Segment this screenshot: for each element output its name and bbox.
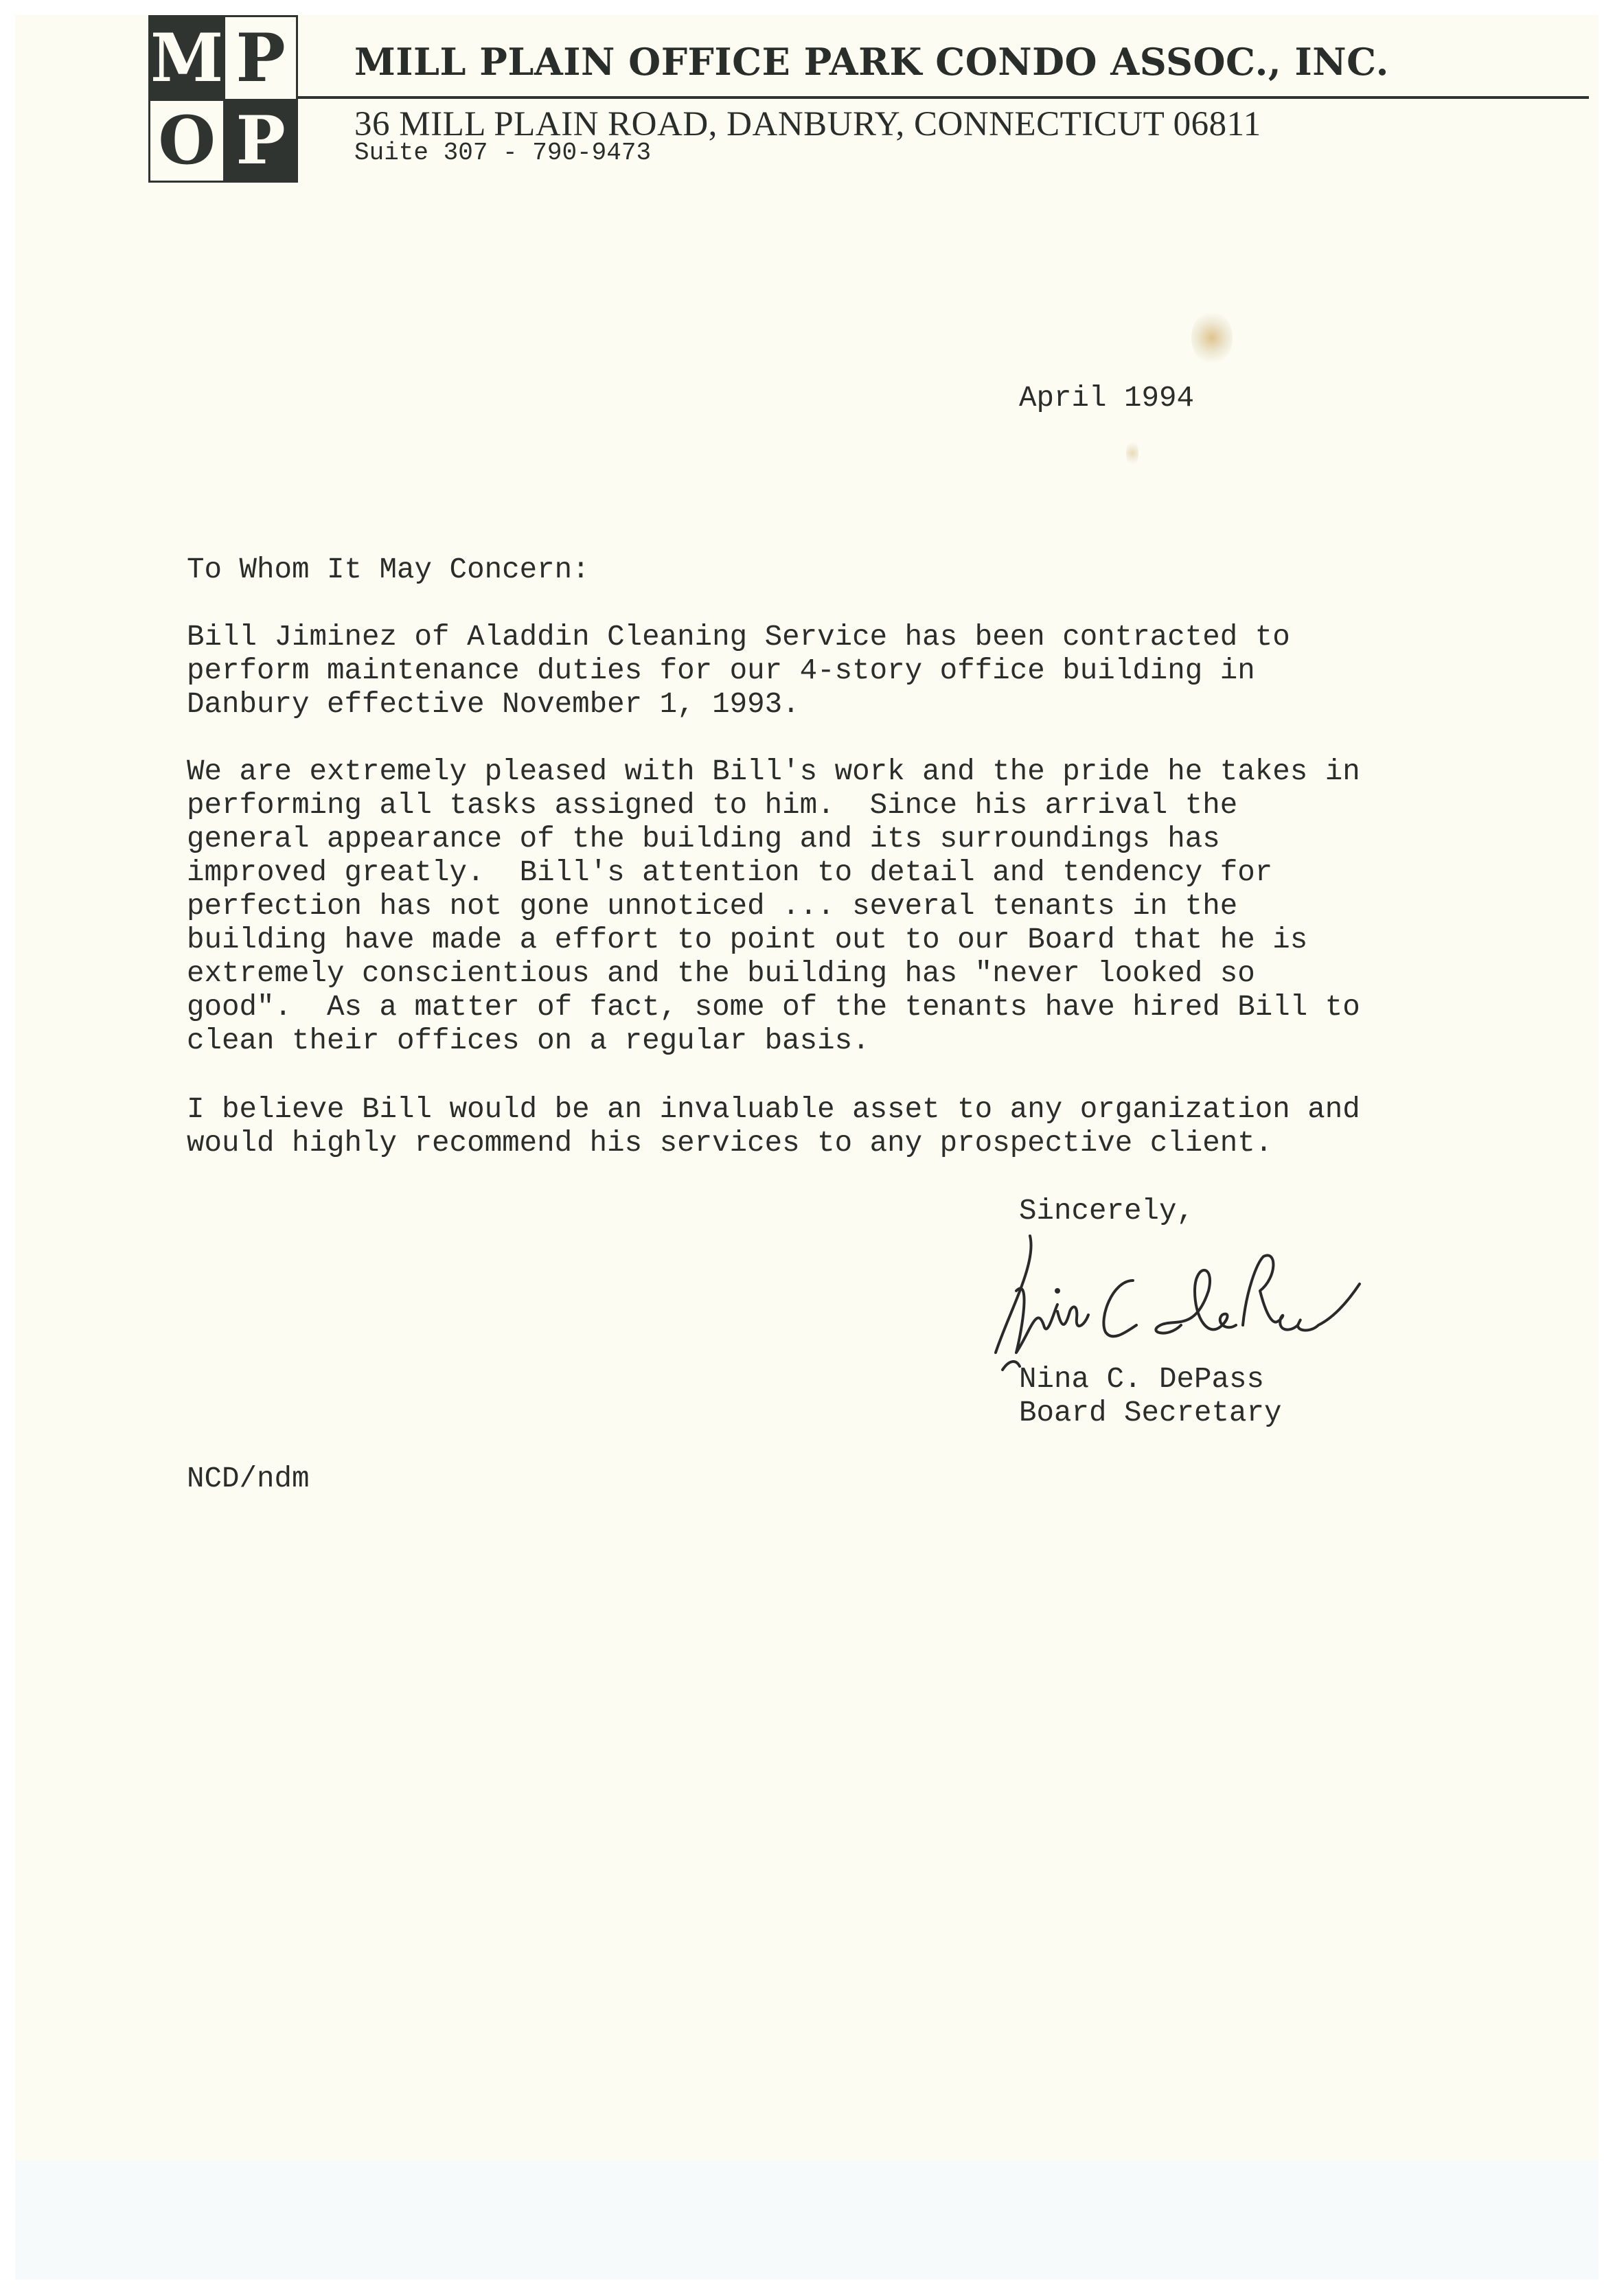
paragraph-1: Bill Jiminez of Aladdin Cleaning Service… xyxy=(187,621,1290,722)
mpop-logo: M P O P xyxy=(148,15,298,183)
paper-stain xyxy=(1126,439,1138,467)
letter-paper xyxy=(15,15,1599,2164)
signer-name: Nina C. DePass xyxy=(1019,1363,1264,1397)
logo-letter-p: P xyxy=(225,17,296,99)
letter-date: April 1994 xyxy=(1019,382,1194,415)
scan-margin xyxy=(15,2160,1599,2280)
logo-letter-m: M xyxy=(150,17,225,99)
logo-letter-p2: P xyxy=(225,99,296,181)
reference-initials: NCD/ndm xyxy=(187,1462,310,1496)
organization-name: MILL PLAIN OFFICE PARK CONDO ASSOC., INC… xyxy=(354,40,1389,84)
suite-phone: Suite 307 - 790-9473 xyxy=(354,139,651,167)
paragraph-2: We are extremely pleased with Bill's wor… xyxy=(187,755,1360,1058)
signer-title: Board Secretary xyxy=(1019,1397,1282,1430)
logo-letter-o: O xyxy=(150,99,225,181)
signature-icon xyxy=(989,1222,1387,1373)
salutation: To Whom It May Concern: xyxy=(187,553,590,587)
paragraph-3: I believe Bill would be an invaluable as… xyxy=(187,1093,1360,1160)
letterhead-divider xyxy=(298,96,1589,99)
paper-stain xyxy=(1191,310,1233,365)
